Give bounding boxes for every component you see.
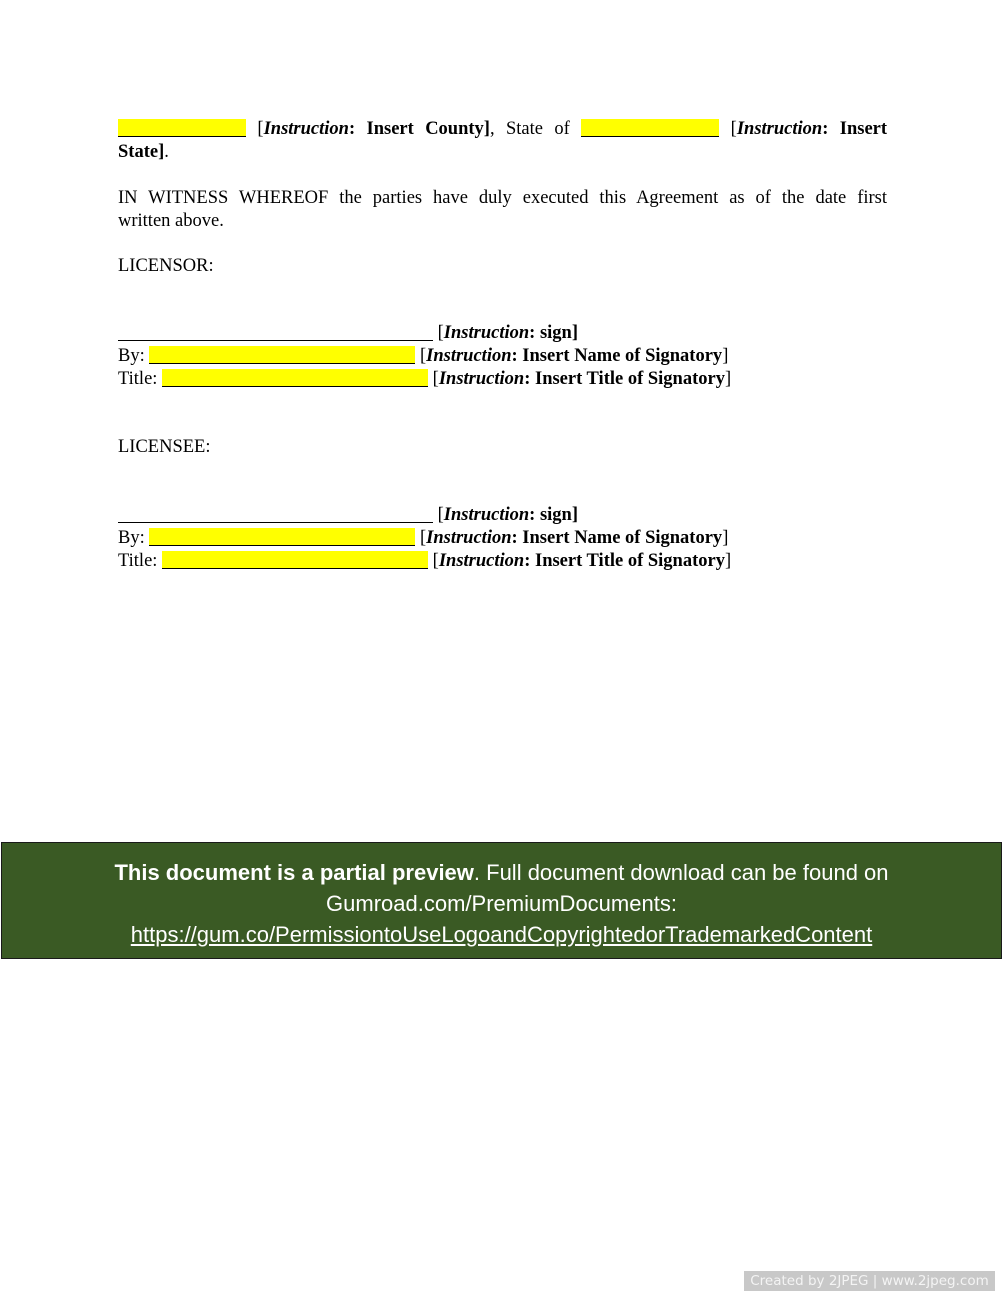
licensee-title-line: Title: [Instruction: Insert Title of Sig… xyxy=(118,550,731,573)
licensor-name-field[interactable] xyxy=(149,346,415,364)
state-line-end: State]. xyxy=(118,141,169,164)
banner-line-1: This document is a partial preview. Full… xyxy=(2,857,1001,888)
county-blank[interactable] xyxy=(118,119,246,137)
licensee-name-field[interactable] xyxy=(149,528,415,546)
licensee-heading: LICENSEE: xyxy=(118,436,211,459)
licensee-signature-field[interactable] xyxy=(118,505,433,523)
banner-line-2: Gumroad.com/PremiumDocuments: xyxy=(2,888,1001,919)
county-state-line: [Instruction: Insert County], State of [… xyxy=(118,118,887,141)
licensor-title-line: Title: [Instruction: Insert Title of Sig… xyxy=(118,368,731,391)
state-blank[interactable] xyxy=(581,119,719,137)
gumroad-link[interactable]: https://gum.co/PermissiontoUseLogoandCop… xyxy=(131,922,872,947)
licensee-sign-line: [Instruction: sign] xyxy=(118,504,578,527)
licensor-title-field[interactable] xyxy=(162,369,428,387)
preview-banner: This document is a partial preview. Full… xyxy=(1,842,1002,959)
watermark: Created by 2JPEG | www.2jpeg.com xyxy=(744,1271,995,1291)
witness-line-2: written above. xyxy=(118,210,224,233)
licensor-signature-field[interactable] xyxy=(118,323,433,341)
licensee-title-field[interactable] xyxy=(162,551,428,569)
witness-line-1: IN WITNESS WHEREOF the parties have duly… xyxy=(118,187,887,210)
licensor-sign-line: [Instruction: sign] xyxy=(118,322,578,345)
licensee-by-line: By: [Instruction: Insert Name of Signato… xyxy=(118,527,728,550)
licensor-by-line: By: [Instruction: Insert Name of Signato… xyxy=(118,345,728,368)
licensor-heading: LICENSOR: xyxy=(118,255,214,278)
